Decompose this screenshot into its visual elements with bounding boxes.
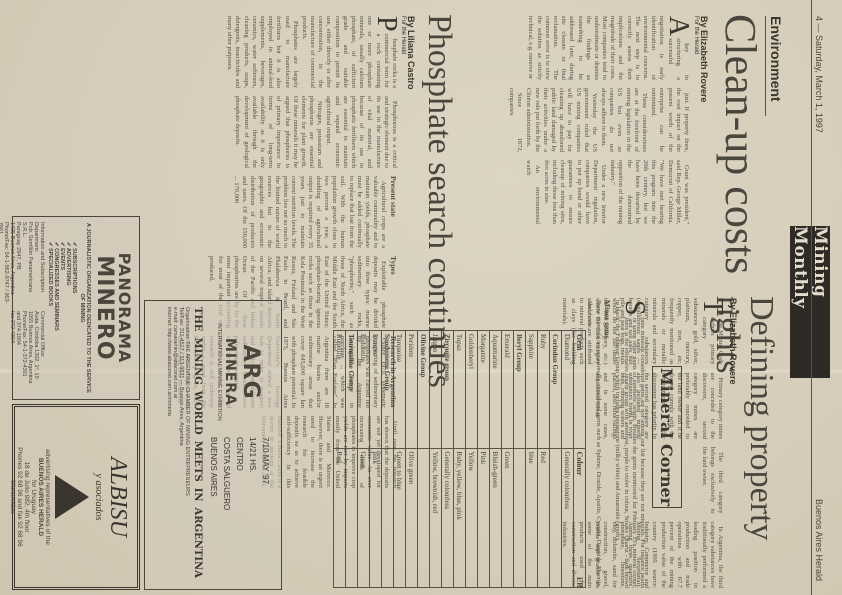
table-row: PeridoteOlive green: [406, 331, 418, 588]
table-row: DiamondGenerally colourless: [562, 331, 574, 588]
gem-cell: Morganite: [478, 331, 490, 449]
colour-cell: Red: [538, 448, 550, 587]
mining-world-slogan: THE MINING WORLD MEETS IN ARGENTINA: [192, 307, 203, 583]
colour-cell: Generally colourless: [562, 448, 574, 587]
colour-cell: Pink: [478, 448, 490, 587]
cleanup-headline: Clean-up costs: [718, 14, 762, 274]
colour-cell: [550, 448, 562, 587]
service-item: ✔ EVENTS: [59, 242, 65, 394]
colour-cell: Ruby, yellow, blue, pink: [454, 448, 466, 587]
col-header-colour: Colour: [574, 448, 586, 587]
argminera-logo-top: ARG: [239, 344, 264, 399]
cleanup-body: Akey in structuring a successful negotia…: [600, 16, 690, 284]
service-item: ✔ ADVERTISING: [65, 242, 71, 394]
subscription-info: Information and Subscription Department:…: [0, 222, 45, 305]
gem-cell: Ruby: [538, 331, 550, 449]
colour-cell: [514, 448, 526, 587]
gem-cell: Aquamarine: [490, 331, 502, 449]
minor-gems-subhead: Minor gems: [603, 300, 613, 588]
drop-cap: P: [375, 16, 397, 32]
minero-title: MINERO: [93, 222, 115, 394]
gem-cell: Diamond: [562, 331, 574, 449]
header-rule: [811, 0, 812, 595]
panorama-title: PANORAMA: [115, 222, 134, 394]
service-item: ✔ CONGRESSES AND SEMINARS: [53, 242, 59, 394]
service-item: ✔ SUBSCRIPTIONS: [71, 242, 77, 394]
drop-cap: T: [701, 298, 723, 315]
colour-cell: Bluish-green: [490, 448, 502, 587]
paper-name: Buenos Aires Herald: [814, 499, 824, 581]
exhibition-dates: 7/10 MAY '97: [262, 437, 271, 583]
drop-cap: S: [623, 300, 645, 316]
gem-cell: Goldenberyl: [466, 331, 478, 449]
colour-cell: [418, 448, 430, 587]
section-masthead: Mining Monthly: [790, 226, 830, 378]
page-folio: 4 — Saturday, March 1, 1997: [814, 16, 824, 133]
phosphate-byline: By Liliana Castro: [406, 16, 416, 90]
table-row: Corindon Group: [550, 331, 562, 588]
kicker-rule: [765, 16, 766, 116]
section-kicker: Environment: [768, 16, 784, 102]
colour-cell: Yellow, brownish, red: [430, 448, 442, 587]
property-byline: By Elizabeth Rovere: [728, 298, 738, 385]
commercial-office-info: Commercial Office:Avda. Córdoba 1302, 1º…: [0, 311, 45, 394]
albisu-name: ALBISU: [104, 457, 131, 537]
drop-cap: A: [667, 16, 689, 36]
ad-web: internet: http://www.abaconet.com.ar/min…: [166, 307, 172, 583]
colour-cell: Yellow: [466, 448, 478, 587]
argminera-logo-bottom: MINERA: [223, 338, 239, 406]
panorama-minero-ad: PANORAMA MINERO A JOURNALISTIC ORGANIZAT…: [12, 216, 140, 400]
gem-cell: Beryl Group: [514, 331, 526, 449]
table-row: GoldenberylYellow: [466, 331, 478, 588]
table-row: Beryl Group: [514, 331, 526, 588]
albisu-ad: ALBISU y asociados advertising represent…: [12, 404, 140, 590]
col-header-gem: Gem: [574, 331, 586, 449]
phosphate-headline: Phosphate search continues: [422, 14, 456, 388]
phosphate-body: Phosphate rocks is a commercial term for…: [268, 16, 398, 516]
colour-cell: blue: [526, 448, 538, 587]
table-row: EmeraldGreen: [502, 331, 514, 588]
gem-cell: Peridote: [406, 331, 418, 449]
gem-cell: Corindon Group: [550, 331, 562, 449]
mining-world-ad: ARG MINERA INTERNATIONAL MINING EXHIBITI…: [144, 300, 282, 590]
colour-cell: Olive green: [406, 448, 418, 587]
colour-cell: Green: [502, 448, 514, 587]
exhibition-hours: 14/21 HS.: [249, 437, 258, 583]
cleanup-byline-block: By Elizabeth Rovere For the Herald: [693, 16, 709, 103]
cleanup-byline: By Elizabeth Rovere: [699, 16, 709, 103]
gem-cell: Emerald: [502, 331, 514, 449]
table-row: AquamarineBluish-green: [490, 331, 502, 588]
phosphate-byline-block: By Liliana Castro For the Herald: [400, 16, 416, 90]
table-row: Sapphireblue: [526, 331, 538, 588]
mineral-corner-box: Mineral Corner: [652, 366, 682, 508]
triangle-logo-icon: [55, 475, 89, 519]
table-row: RubyRed: [538, 331, 550, 588]
newspaper-page: 4 — Saturday, March 1, 1997 Mining Month…: [0, 0, 842, 595]
gem-cell: Sapphire: [526, 331, 538, 449]
services-list: ✔ SUBSCRIPTIONS✔ ADVERTISING✔ EVENTS✔ CO…: [47, 222, 77, 394]
table-row: MorganitePink: [478, 331, 490, 588]
mineral-corner-title: Mineral Corner: [658, 368, 677, 506]
colour-cell: Generally colourless: [442, 448, 454, 587]
